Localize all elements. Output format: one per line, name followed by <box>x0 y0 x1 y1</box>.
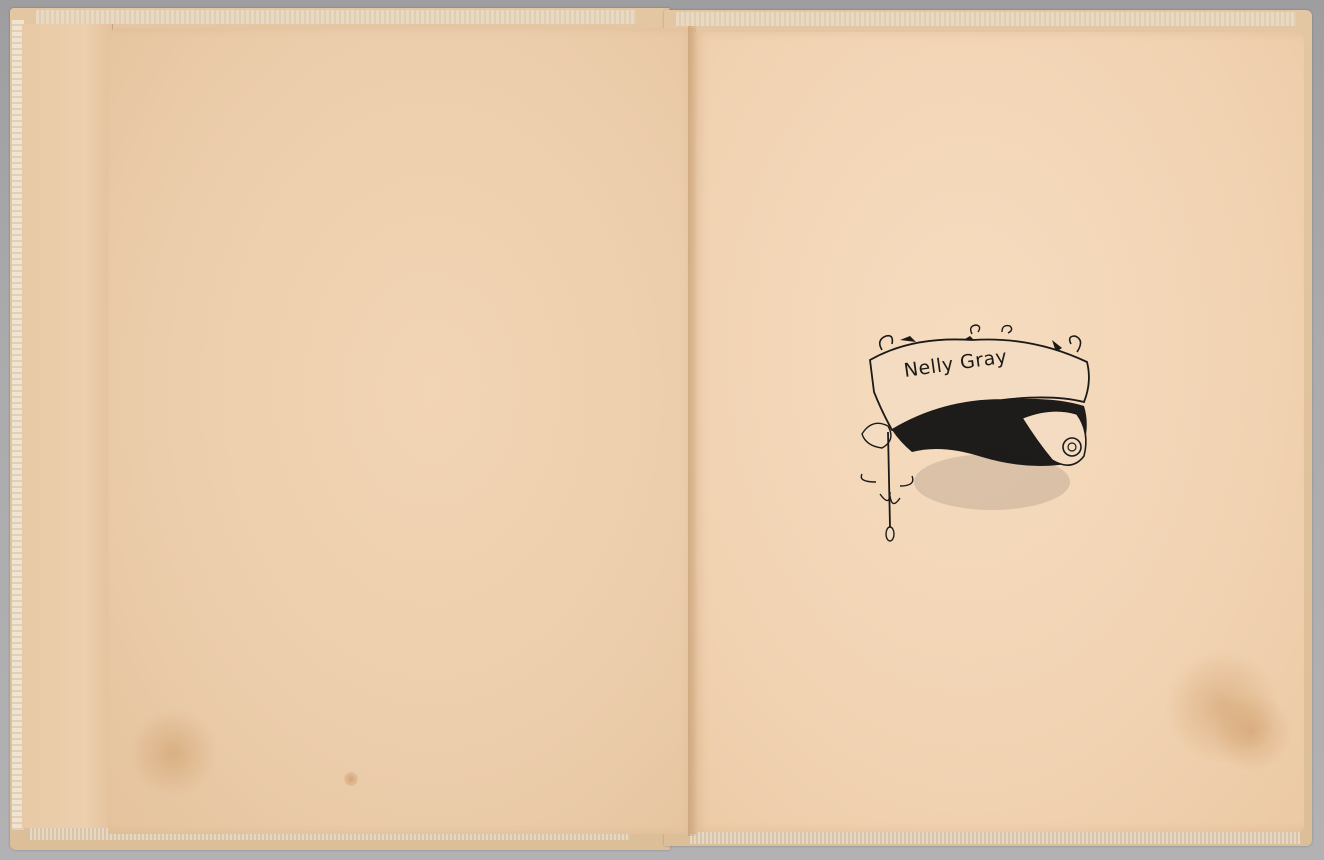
stain <box>128 708 218 798</box>
right-cover-bottom-edge <box>690 830 1300 844</box>
right-cover-top-edge <box>676 12 1296 26</box>
flyleaf-strip <box>22 24 113 828</box>
water-stain <box>1212 692 1292 772</box>
scroll-banner-emblem: Nelly Gray <box>852 322 1102 547</box>
foxing-spot <box>344 772 358 786</box>
book-gutter <box>688 26 698 836</box>
left-cover-top-edge <box>36 10 636 24</box>
left-page <box>108 28 696 834</box>
